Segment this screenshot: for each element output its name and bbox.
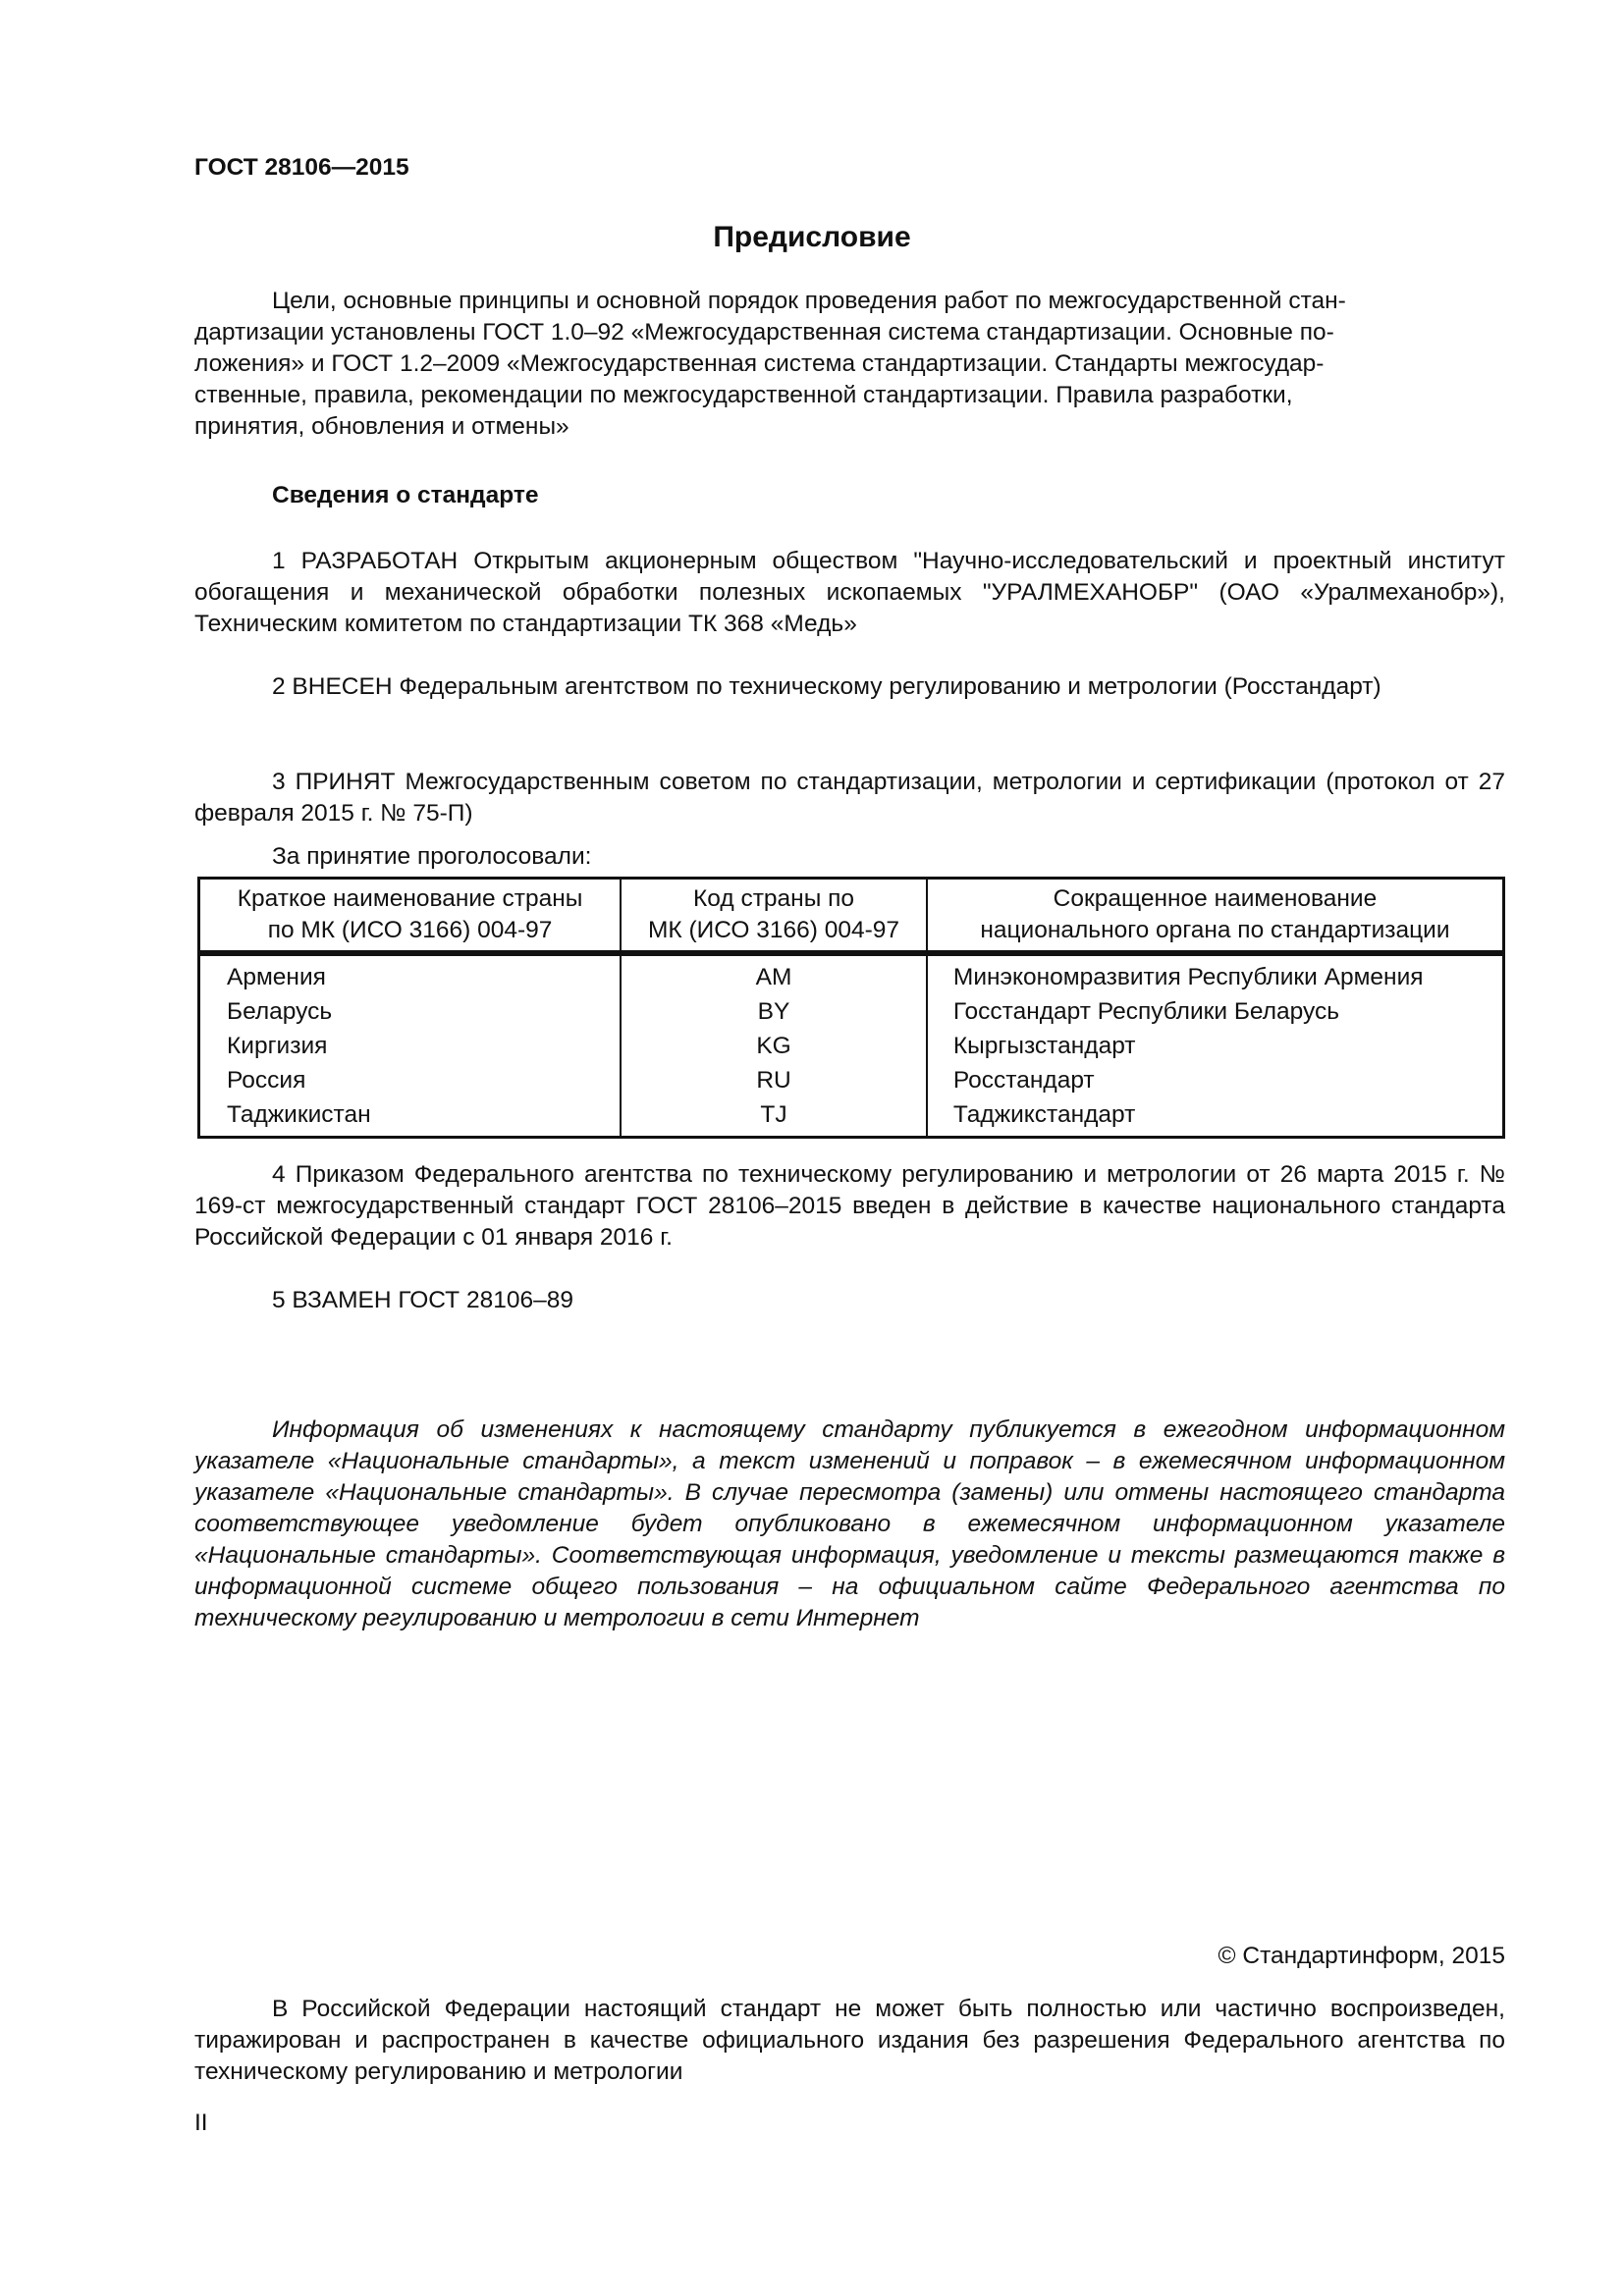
intro-line: ложения» и ГОСТ 1.2–2009 «Межгосударстве… xyxy=(194,348,1505,380)
country-cell: Киргизия xyxy=(199,1029,622,1063)
table-row: Россия RU Росстандарт xyxy=(199,1063,1504,1097)
body-cell: Госстандарт Республики Беларусь xyxy=(927,994,1504,1029)
body-cell: Таджикстандарт xyxy=(927,1097,1504,1138)
column-header-code: Код страны по МК (ИСО 3166) 004-97 xyxy=(621,879,927,954)
intro-line: ственные, правила, рекомендации по межго… xyxy=(194,380,1505,411)
body-cell: Кыргызстандарт xyxy=(927,1029,1504,1063)
country-cell: Беларусь xyxy=(199,994,622,1029)
table-header-row: Краткое наименование страны по МК (ИСО 3… xyxy=(199,879,1504,954)
document-header-id: ГОСТ 28106—2015 xyxy=(194,152,409,184)
document-page: ГОСТ 28106—2015 Предисловие Цели, основн… xyxy=(0,0,1624,2296)
code-cell: BY xyxy=(621,994,927,1029)
item-adopted: 3 ПРИНЯТ Межгосударственным советом по с… xyxy=(194,767,1505,829)
column-header-body: Сокращенное наименование национального о… xyxy=(927,879,1504,954)
country-cell: Таджикистан xyxy=(199,1097,622,1138)
table-row: Киргизия KG Кыргызстандарт xyxy=(199,1029,1504,1063)
votes-caption: За принятие проголосовали: xyxy=(194,841,1505,873)
intro-paragraph: Цели, основные принципы и основной поряд… xyxy=(194,286,1505,443)
intro-line: Цели, основные принципы и основной поряд… xyxy=(194,286,1505,317)
body-cell: Росстандарт xyxy=(927,1063,1504,1097)
item-developed: 1 РАЗРАБОТАН Открытым акционерным общест… xyxy=(194,546,1505,640)
body-cell: Минэкономразвития Республики Армения xyxy=(927,953,1504,994)
code-cell: TJ xyxy=(621,1097,927,1138)
changes-notice: Информация об изменениях к настоящему ст… xyxy=(194,1415,1505,1634)
item-submitted: 2 ВНЕСЕН Федеральным агентством по техни… xyxy=(194,671,1505,703)
votes-table: Краткое наименование страны по МК (ИСО 3… xyxy=(197,877,1505,1139)
section-heading: Сведения о стандарте xyxy=(194,480,1505,511)
intro-line: дартизации установлены ГОСТ 1.0–92 «Межг… xyxy=(194,317,1505,348)
code-cell: RU xyxy=(621,1063,927,1097)
column-header-country: Краткое наименование страны по МК (ИСО 3… xyxy=(199,879,622,954)
item-replaces: 5 ВЗАМЕН ГОСТ 28106–89 xyxy=(194,1285,1505,1316)
code-cell: KG xyxy=(621,1029,927,1063)
table-row: Беларусь BY Госстандарт Республики Белар… xyxy=(199,994,1504,1029)
item-enacted: 4 Приказом Федерального агентства по тех… xyxy=(194,1159,1505,1254)
page-title: Предисловие xyxy=(0,218,1624,257)
intro-line: принятия, обновления и отмены» xyxy=(194,411,1505,443)
reproduction-notice: В Российской Федерации настоящий стандар… xyxy=(194,1994,1505,2088)
copyright: © Стандартинформ, 2015 xyxy=(194,1941,1505,1972)
table-row: Таджикистан TJ Таджикстандарт xyxy=(199,1097,1504,1138)
code-cell: AM xyxy=(621,953,927,994)
page-number: II xyxy=(194,2108,1505,2139)
country-cell: Армения xyxy=(199,953,622,994)
country-cell: Россия xyxy=(199,1063,622,1097)
table-row: Армения AM Минэкономразвития Республики … xyxy=(199,953,1504,994)
